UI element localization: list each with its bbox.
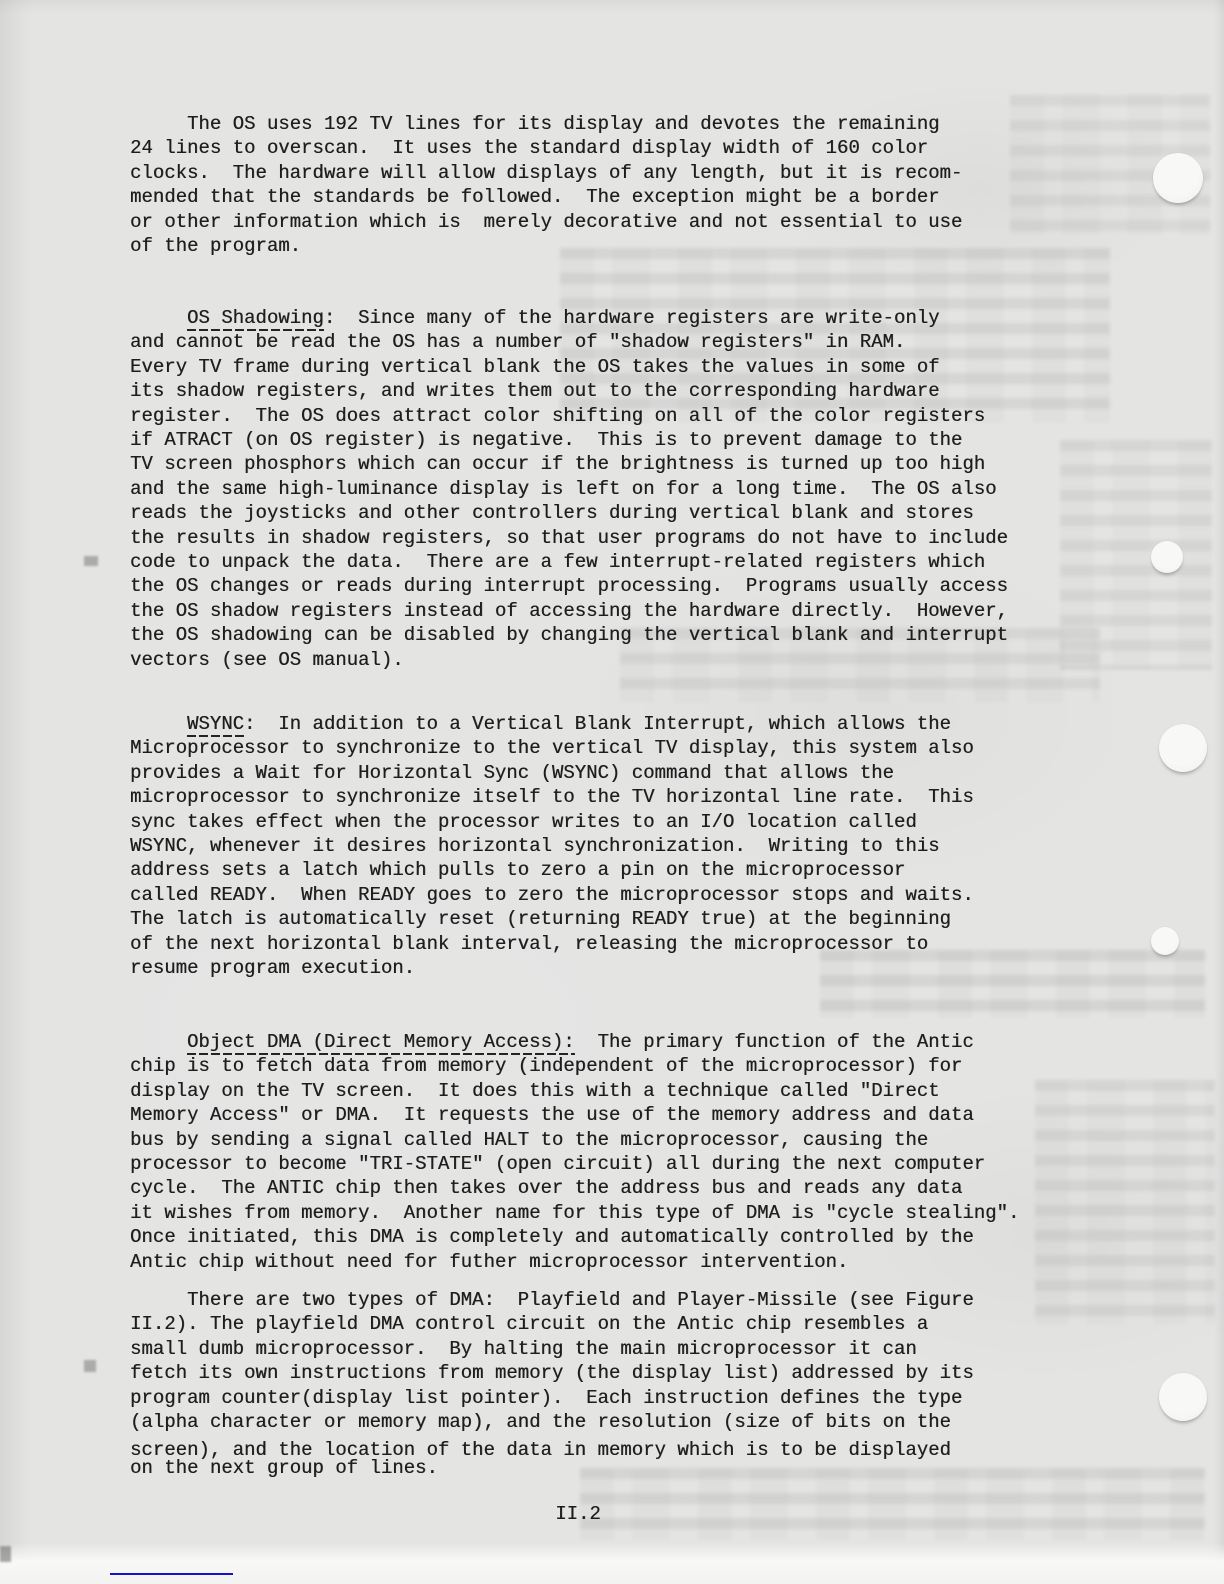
text-line: II.2). The playfield DMA control circuit… (130, 1312, 1070, 1336)
text-line: the OS shadow registers instead of acces… (130, 599, 1070, 623)
text-line: The OS uses 192 TV lines for its display… (130, 112, 1070, 136)
text-line: program counter(display list pointer). E… (130, 1386, 1070, 1410)
paragraph-object-dma: Object DMA (Direct Memory Access): The p… (130, 1030, 1070, 1274)
text-line: and the same high-luminance display is l… (130, 477, 1070, 501)
text-line: fetch its own instructions from memory (… (130, 1361, 1070, 1385)
text-line: TV screen phosphors which can occur if t… (130, 452, 1070, 476)
text-line: if ATRACT (on OS register) is negative. … (130, 428, 1070, 452)
text-line: sync takes effect when the processor wri… (130, 810, 1070, 834)
paragraph-dma-types: There are two types of DMA: Playfield an… (130, 1288, 1070, 1480)
text-line: Memory Access" or DMA. It requests the u… (130, 1103, 1070, 1127)
bleedthrough-ghost-text (1060, 440, 1212, 670)
page-number: II.2 (118, 1503, 1038, 1525)
text-line: clocks. The hardware will allow displays… (130, 161, 1070, 185)
text-line: 24 lines to overscan. It uses the standa… (130, 136, 1070, 160)
text-line: of the program. (130, 234, 1070, 258)
text-line: microprocessor to synchronize itself to … (130, 785, 1070, 809)
text-line: of the next horizontal blank interval, r… (130, 932, 1070, 956)
text-line: the OS changes or reads during interrupt… (130, 574, 1070, 598)
paragraph-wsync: WSYNC: In addition to a Vertical Blank I… (130, 712, 1070, 980)
text-line: The latch is automatically reset (return… (130, 907, 1070, 931)
margin-smudge (84, 1360, 96, 1372)
section-heading-os-shadowing: OS Shadowing (187, 307, 324, 331)
scanned-document-page: The OS uses 192 TV lines for its display… (0, 0, 1224, 1584)
punch-hole (1151, 541, 1183, 573)
text-line: Antic chip without need for futher micro… (130, 1250, 1070, 1274)
text-line: OS Shadowing: Since many of the hardware… (130, 306, 1070, 330)
text-line: provides a Wait for Horizontal Sync (WSY… (130, 761, 1070, 785)
bottom-scan-edge (0, 1543, 1224, 1584)
text-line: its shadow registers, and writes them ou… (130, 379, 1070, 403)
text-line: register. The OS does attract color shif… (130, 404, 1070, 428)
text-line: cycle. The ANTIC chip then takes over th… (130, 1176, 1070, 1200)
text-line: code to unpack the data. There are a few… (130, 550, 1070, 574)
text-line: WSYNC, whenever it desires horizontal sy… (130, 834, 1070, 858)
text-line: and cannot be read the OS has a number o… (130, 330, 1070, 354)
section-heading-wsync: WSYNC (187, 713, 244, 737)
section-heading-object-dma: Object DMA (Direct Memory Access): (187, 1031, 575, 1055)
text-line: Microprocessor to synchronize to the ver… (130, 736, 1070, 760)
text-line: Object DMA (Direct Memory Access): The p… (130, 1030, 1070, 1054)
text-line: it wishes from memory. Another name for … (130, 1201, 1070, 1225)
paragraph-overscan: The OS uses 192 TV lines for its display… (130, 112, 1070, 258)
text-line: address sets a latch which pulls to zero… (130, 858, 1070, 882)
text-line: reads the joysticks and other controller… (130, 501, 1070, 525)
margin-smudge (84, 556, 98, 566)
text-line: or other information which is merely dec… (130, 210, 1070, 234)
text-line: bus by sending a signal called HALT to t… (130, 1128, 1070, 1152)
text-line: There are two types of DMA: Playfield an… (130, 1288, 1070, 1312)
text-line: chip is to fetch data from memory (indep… (130, 1054, 1070, 1078)
text-line: processor to become "TRI-STATE" (open ci… (130, 1152, 1070, 1176)
punch-hole (1153, 153, 1203, 203)
right-edge-shadow (1214, 0, 1224, 1584)
text-line: resume program execution. (130, 956, 1070, 980)
text-line: Every TV frame during vertical blank the… (130, 355, 1070, 379)
paragraph-os-shadowing: OS Shadowing: Since many of the hardware… (130, 306, 1070, 672)
text-line: vectors (see OS manual). (130, 648, 1070, 672)
text-line: the OS shadowing can be disabled by chan… (130, 623, 1070, 647)
heading-line-rest: The primary function of the Antic (575, 1031, 974, 1053)
text-line: Once initiated, this DMA is completely a… (130, 1225, 1070, 1249)
punch-hole (1151, 927, 1179, 955)
text-line: small dumb microprocessor. By halting th… (130, 1337, 1070, 1361)
punch-hole (1159, 1373, 1207, 1421)
heading-line-rest: : In addition to a Vertical Blank Interr… (244, 713, 951, 735)
text-line: mended that the standards be followed. T… (130, 185, 1070, 209)
text-line: called READY. When READY goes to zero th… (130, 883, 1070, 907)
heading-line-rest: : Since many of the hardware registers a… (324, 307, 940, 329)
text-line: display on the TV screen. It does this w… (130, 1079, 1070, 1103)
blue-line-artifact (110, 1573, 233, 1575)
text-line: the results in shadow registers, so that… (130, 526, 1070, 550)
text-line: (alpha character or memory map), and the… (130, 1410, 1070, 1434)
punch-hole (1159, 724, 1207, 772)
bottom-edge-mark (0, 1546, 11, 1562)
text-line: WSYNC: In addition to a Vertical Blank I… (130, 712, 1070, 736)
left-edge-shadow (0, 0, 30, 1584)
